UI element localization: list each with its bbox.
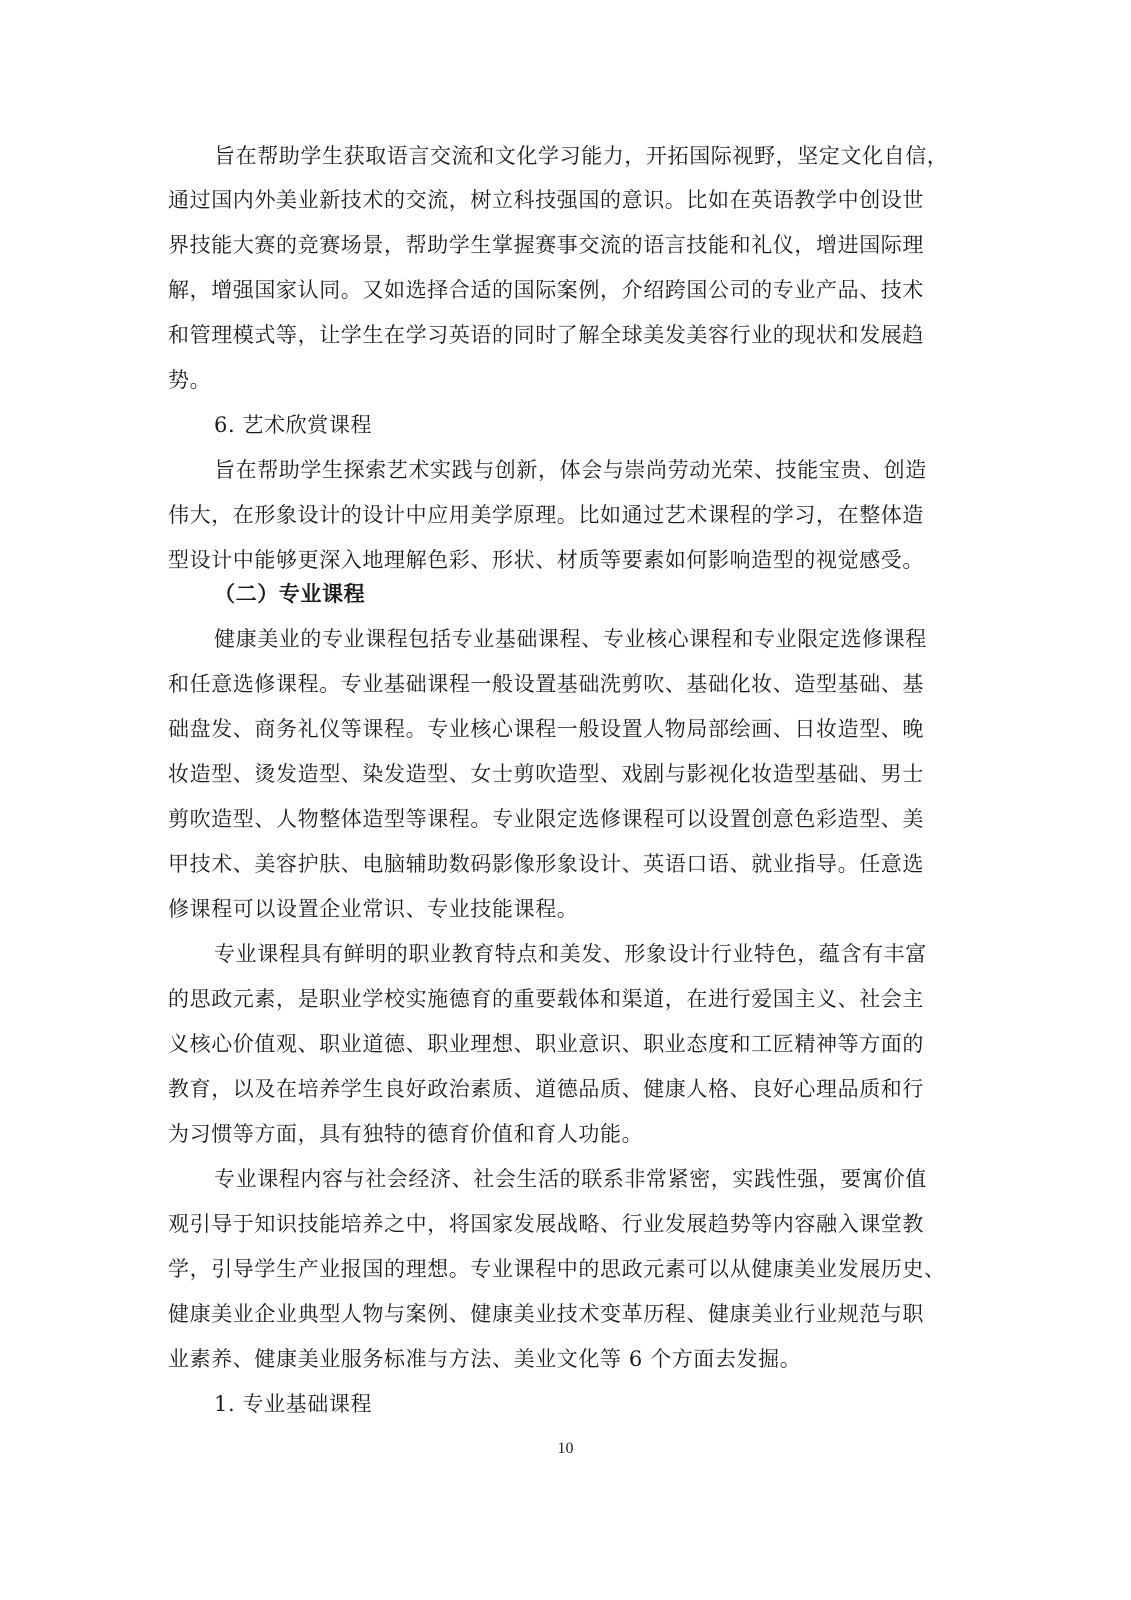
paragraph-line: 和管理模式等，让学生在学习英语的同时了解全球美发美容行业的现状和发展趋 [168,321,978,349]
page-number: 10 [0,1440,1131,1458]
paragraph-line: 势。 [168,366,978,394]
paragraph-line: 础盘发、商务礼仪等课程。专业核心课程一般设置人物局部绘画、日妆造型、晚 [168,715,978,743]
paragraph-line: 专业课程内容与社会经济、社会生活的联系非常紧密，实践性强，要寓价值 [214,1165,1024,1193]
paragraph-line: 通过国内外美业新技术的交流，树立科技强国的意识。比如在英语教学中创设世 [168,186,978,214]
section-heading-art-appreciation: 6. 艺术欣赏课程 [214,411,1024,439]
paragraph-line: 的思政元素，是职业学校实施德育的重要载体和渠道，在进行爱国主义、社会主 [168,985,978,1013]
paragraph-line: 甲技术、美容护肤、电脑辅助数码影像形象设计、英语口语、就业指导。任意选 [168,850,978,878]
paragraph-line: 和任意选修课程。专业基础课程一般设置基础洗剪吹、基础化妆、造型基础、基 [168,670,978,698]
paragraph-line: 界技能大赛的竞赛场景，帮助学生掌握赛事交流的语言技能和礼仪，增进国际理 [168,231,978,259]
paragraph-line: 型设计中能够更深入地理解色彩、形状、材质等要素如何影响造型的视觉感受。 [168,546,978,574]
paragraph-line: 旨在帮助学生探索艺术实践与创新，体会与崇尚劳动光荣、技能宝贵、创造 [214,456,1024,484]
paragraph-line: 剪吹造型、人物整体造型等课程。专业限定选修课程可以设置创意色彩造型、美 [168,805,978,833]
paragraph-line: 健康美业的专业课程包括专业基础课程、专业核心课程和专业限定选修课程 [214,625,1024,653]
paragraph-line: 观引导于知识技能培养之中，将国家发展战略、行业发展趋势等内容融入课堂教 [168,1210,978,1238]
paragraph-line: 解，增强国家认同。又如选择合适的国际案例，介绍跨国公司的专业产品、技术 [168,276,978,304]
paragraph-line: 为习惯等方面，具有独特的德育价值和育人功能。 [168,1120,978,1148]
paragraph-line: 伟大，在形象设计的设计中应用美学原理。比如通过艺术课程的学习，在整体造 [168,501,978,529]
paragraph-line: 教育，以及在培养学生良好政治素质、道德品质、健康人格、良好心理品质和行 [168,1075,978,1103]
document-page: 旨在帮助学生获取语言交流和文化学习能力，开拓国际视野，坚定文化自信， 通过国内外… [0,0,1131,1600]
paragraph-line: 妆造型、烫发造型、染发造型、女士剪吹造型、戏剧与影视化妆造型基础、男士 [168,760,978,788]
paragraph-line: 专业课程具有鲜明的职业教育特点和美发、形象设计行业特色，蕴含有丰富 [214,940,1024,968]
paragraph-line: 修课程可以设置企业常识、专业技能课程。 [168,895,978,923]
paragraph-line: 学，引导学生产业报国的理想。专业课程中的思政元素可以从健康美业发展历史、 [168,1255,978,1283]
paragraph-line: 健康美业企业典型人物与案例、健康美业技术变革历程、健康美业行业规范与职 [168,1300,978,1328]
paragraph-line: 义核心价值观、职业道德、职业理想、职业意识、职业态度和工匠精神等方面的 [168,1030,978,1058]
paragraph-line: 业素养、健康美业服务标准与方法、美业文化等 6 个方面去发掘。 [168,1345,978,1373]
section-heading-professional-courses: （二）专业课程 [214,580,1024,608]
section-heading-basic-courses: 1. 专业基础课程 [214,1390,1024,1418]
paragraph-line: 旨在帮助学生获取语言交流和文化学习能力，开拓国际视野，坚定文化自信， [214,142,1024,170]
